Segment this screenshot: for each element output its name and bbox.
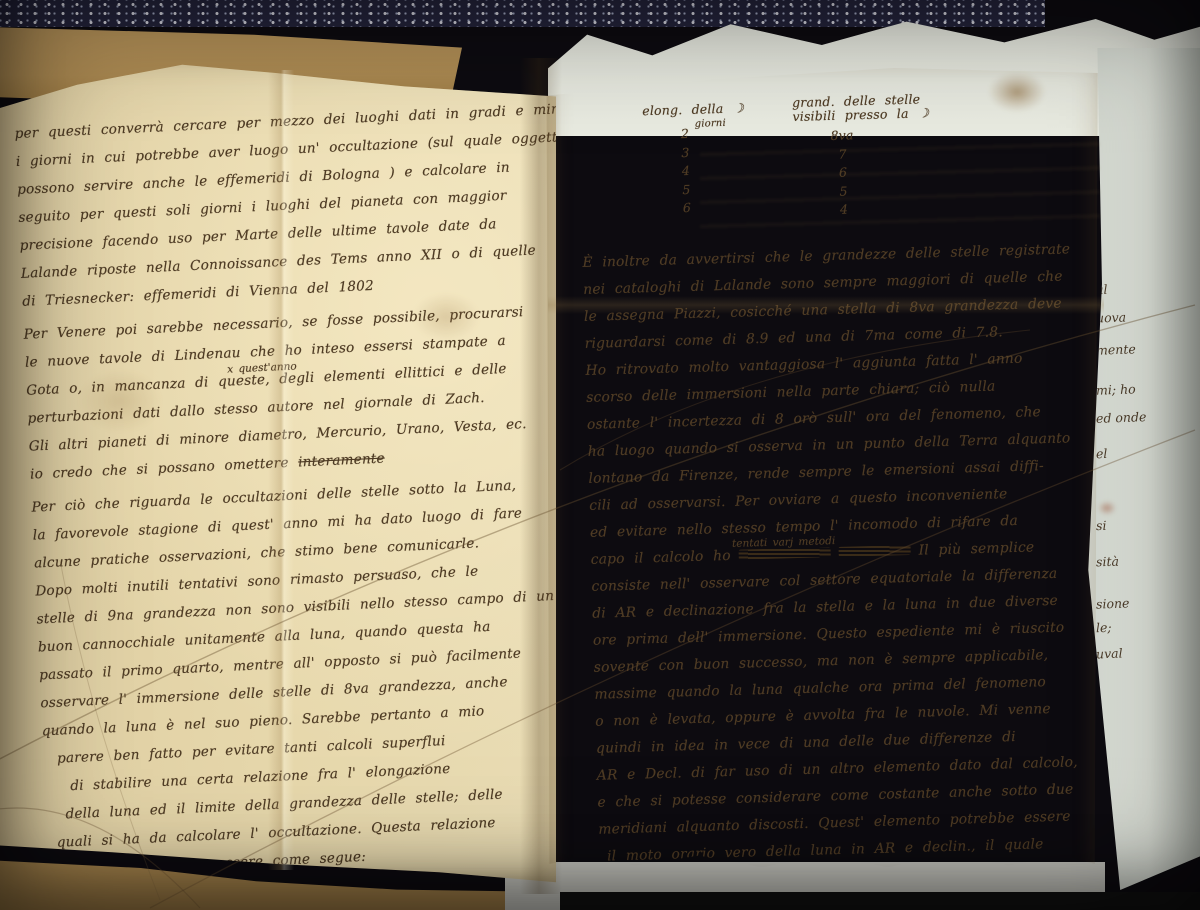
stain [1094, 498, 1120, 518]
horizontal-fold-crease [548, 296, 1104, 314]
stain [398, 282, 494, 352]
table-col1-unit: giorni [695, 118, 727, 130]
edge-text-fragment: sione [1096, 595, 1130, 611]
stain [60, 356, 180, 446]
edge-text-fragment: ed onde [1096, 409, 1147, 426]
table-col1-header: elong. della ☽ [642, 101, 744, 118]
crossed-out-word [839, 545, 911, 557]
dark-table-bottom [560, 892, 1200, 910]
struck-word: interamente [298, 451, 385, 471]
edge-text-fragment: si [1096, 518, 1107, 533]
edge-text-fragment: el [1096, 446, 1108, 461]
ink-bleed-through [700, 142, 1100, 238]
paragraph-immersions-method: Ho ritrovato molto vantaggiosa l' aggiun… [585, 343, 1145, 898]
edge-text-fragment: mi; ho [1096, 381, 1136, 397]
left-page-text: per questi converrà cercare per mezzo de… [14, 95, 593, 890]
paragraph-occultations: Per ciò che riguarda le occultazioni del… [31, 469, 593, 885]
stain [988, 72, 1046, 112]
edge-text-fragment: al [1096, 282, 1108, 297]
marbled-book-cover [0, 0, 1045, 27]
table-col2-header: grand. delle stelle visibili presso la ☽ [792, 91, 963, 124]
interlinear-insertion: tentati varj metodi [732, 528, 836, 558]
under-page-right-edge: al uova mente mi; ho ed onde el si sità … [1086, 48, 1200, 890]
edge-text-fragment: uval [1096, 646, 1123, 662]
center-fold-shadow [520, 58, 562, 894]
edge-text-fragment: sità [1096, 554, 1119, 570]
edge-text-fragment: le; [1096, 620, 1112, 636]
vertical-fold-crease [268, 70, 294, 870]
table-col1-values: 2 3 4 5 6 [675, 125, 698, 218]
edge-text-fragment: mente [1096, 341, 1136, 357]
